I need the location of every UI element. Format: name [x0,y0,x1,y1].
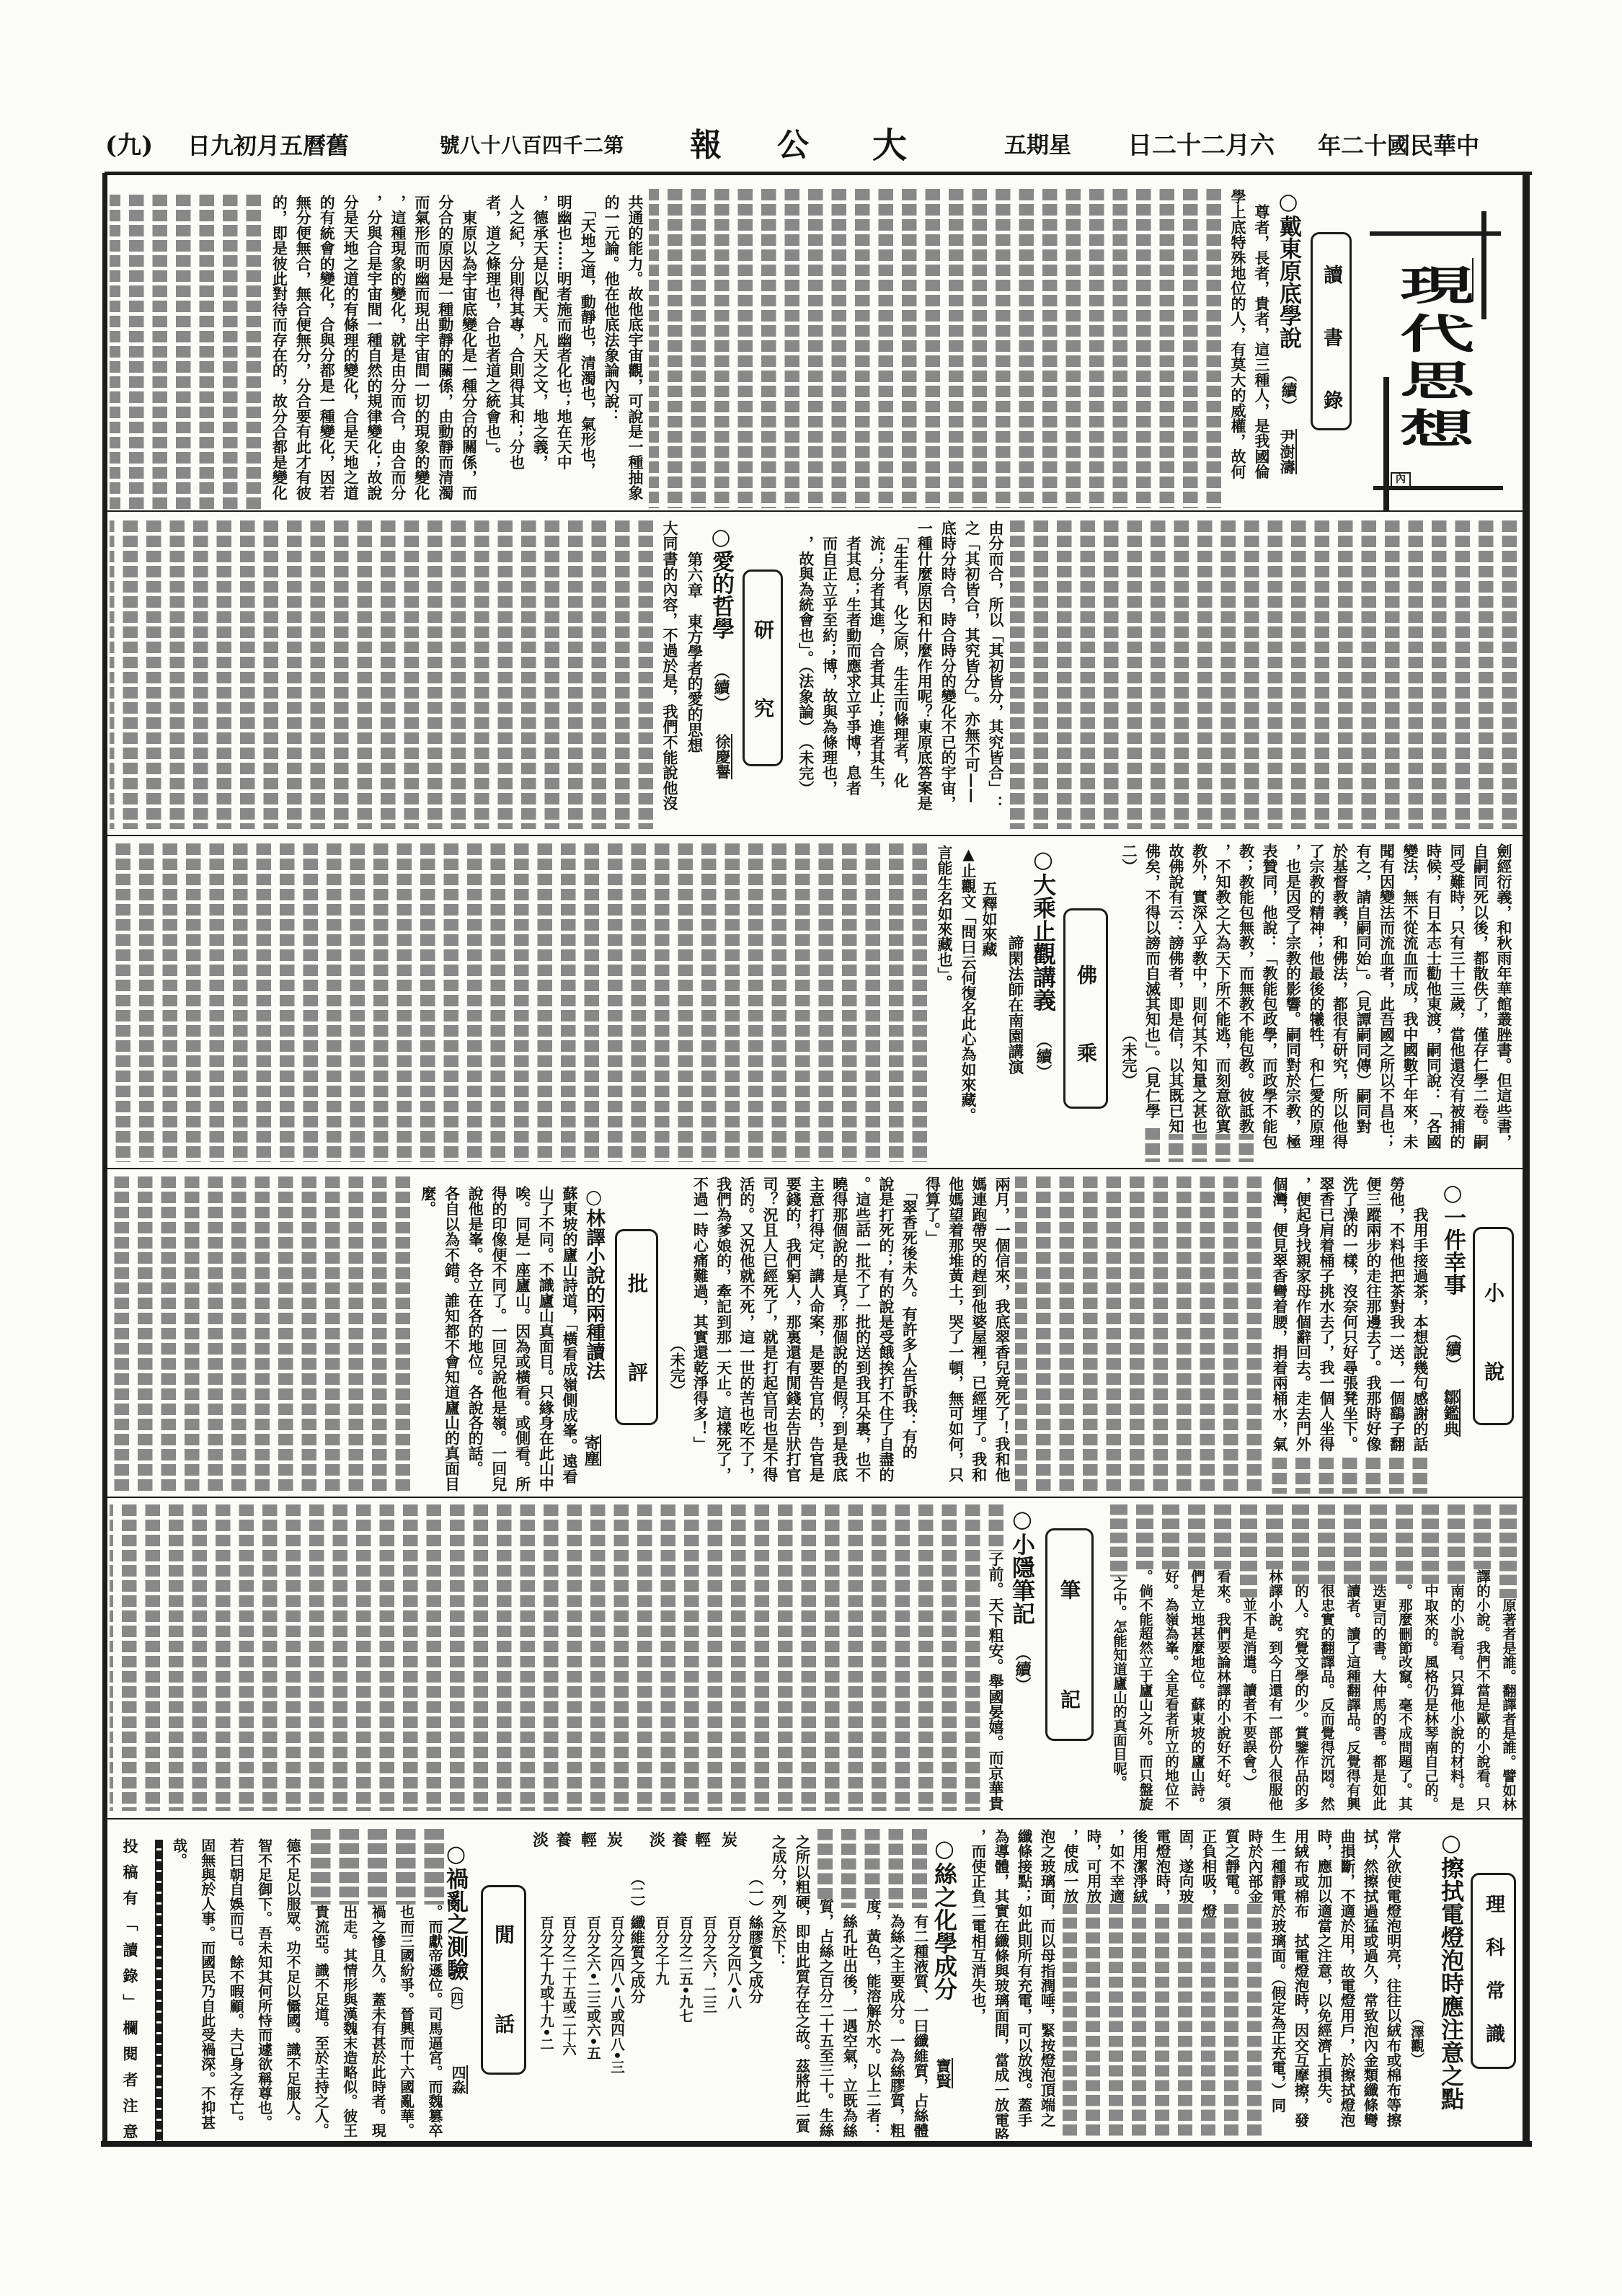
chapter-subtitle: 第六章 東方學者的愛的思想 [685,551,702,753]
article-author: 四淼 [449,2065,468,2094]
text-column: 曉得那個說的是真？那個說的是假？到是我底 [828,1176,851,1482]
illegible-text-region [110,1504,1008,1811]
text-column: 度，黃色，能溶解於水。以上二者： [861,1899,885,2137]
weekday: 星期五 [1003,127,1071,164]
text-column: 各自以為不錯。誰知都不會知道廬山的真面目 [440,1186,464,1491]
article-author: 尹澍濤 [1278,429,1297,474]
text-column: 很忠實的翻譯品。反而覺得沉悶。然 [1313,1584,1339,1811]
article-text: 兩月，一個信來，我底翠香兒竟死了！我和他媽連跑帶哭的趕到他婆屋裡，已經埋了。我和… [665,1176,1014,1494]
article-text: 常人欲使電燈泡明亮，往往以絨布或棉布等擦拭，然擦拭過猛或過久，常致泡內金類纖條彎… [966,1829,1404,2139]
supplement-title-char: 代 [1362,314,1512,355]
text-column: 劍經衍義，和秋雨年華館叢脞書。但這些書， [1492,843,1516,1149]
element-header-nitrogen: 淡 [533,1831,549,1850]
row-divider [105,835,1525,836]
table-value: 百分之四八•八 [725,1915,741,2008]
article-text: 之所以粗硬，即由此質存在之故。茲將此二質之成分，列之於下： [766,1835,813,2137]
issue-number: 第二千四百八十八號 [439,127,624,164]
text-column: 哉。 [164,1838,192,1867]
text-column: 質，占絲之百分二十五至三十。生絲 [813,1899,837,2137]
text-column: 者，道之條理也，合也者道之統會也」。 [481,195,505,462]
text-column: 纖條接點；如此則所有充電，可以放洩。蓋手 [1012,1829,1035,2127]
text-column: 有二種液質、一曰纖維質，占絲體 [908,1914,931,2138]
text-column: 得算了。」 [921,1176,944,1246]
text-column: ，使成一放 [1058,1829,1081,1904]
table-value: 百分之四八•八或四八•三 [608,1915,624,2074]
text-column: 曲損斷，不適於用，故電燈用戶，於擦拭燈泡 [1335,1829,1358,2127]
text-column: ，而使正負二電相互消失也， [966,1829,989,2023]
text-column: 也而三國紛爭。晉興而十六國亂華。 [391,1905,420,2137]
supplement-title-char: 思 [1362,360,1512,402]
continued-mark: （續） [1280,366,1297,414]
article-text: 子前。天下粗安。舉國晏嬉。而京華貴 [984,1504,1008,1811]
text-column: 出走。其情形與漢魏末造略似。彼王 [334,1905,363,2137]
text-column: 。而獻帝遜位。司馬逼宮。而魏篡卒 [420,1905,448,2137]
text-column: 而自正立乎至約；博，故與為條理也， [817,520,841,796]
table-value: 百分之十九或十九•二 [538,1915,554,2051]
text-column: 東原以為宇宙底變化是一種分合的關係，而 [457,195,481,500]
text-column: 同受難時，只有三十三歲，當他還沒有被捕的 [1445,843,1469,1149]
text-column: 我用手接過茶，本想說幾句感謝的話 [1409,1176,1432,1452]
table-value: 百分之六，二三 [701,1915,717,2014]
text-column: 時，應加以適當之注意，以免經濟上損失。 [1312,1829,1335,2112]
text-column: 固無與於人事。而國民乃自此受禍深。不抑甚 [192,1838,221,2129]
text-column: ，德承天是以配天。凡天之文，地之義， [528,195,551,470]
text-column: 他媽望着那堆黃土，哭了一頓，無可如何，只 [944,1176,967,1482]
article-title: ○戴東原底學說 [1275,189,1301,349]
text-column: 言能生名如來藏也」。 [933,845,957,990]
text-column: 分合的原因是一種動靜的關係，由動靜而清濁 [433,195,457,500]
text-column: 子前。天下粗安。舉國晏嬉。而京華貴 [984,1551,1008,1811]
text-column: 有之，請自嗣同始」。（見譚嗣同傳）嗣同對 [1352,843,1375,1134]
text-column: 我們為爹娘的，牽記到那一天止。這樣死了， [712,1176,735,1482]
article-title: ○絲之化學成分 [931,1835,957,2000]
article-author: 寄塵 [582,1435,601,1466]
element-header-nitrogen: 淡 [650,1831,665,1850]
article-title: ○擦拭電燈泡時應注意之點 [1438,1829,1464,2110]
text-column: 便三蹤兩步的走往那邊去了。我那時好像 [1362,1176,1386,1452]
section-label-criticism: 批評 [615,1229,658,1425]
text-column: 並不是消遣。讀者不要誤會。） [1236,1597,1262,1811]
article-text: 大同書的內容，不過於是，我們不能說他沒 [658,520,682,829]
newspaper-page: (九) 舊曆五月初九日 第二千四百八十八號 報 公 大 星期五 六月二十二日 中… [0,0,1622,2296]
text-column: 流；分者其進，合者其止；進者其生， [865,520,889,796]
text-column: 常人欲使電燈泡明亮，往往以絨布或棉布等擦 [1381,1829,1404,2127]
row-divider [105,510,1525,512]
text-column: 的，即是彼此對待而存在的，故分合都是變化 [267,195,291,500]
text-column: 分是天地之道的有條理的變化，合是天地之道 [338,195,362,500]
text-column: 得的印像便不同了。一回兒說他是嶺。一回兒 [487,1186,510,1491]
table-value: 百分之二五•九七 [677,1915,693,2023]
text-column: 佛矣，不得以謗而自滅其知也」。（見仁學 [1140,843,1164,1119]
text-column: 翠香已肩着桶子挑水去了，我一個人坐得 [1315,1176,1339,1452]
text-column: 後用潔淨絨 [1127,1829,1151,1904]
text-column: 教外，實深入乎教中，則何其不知量之甚也 [1187,843,1211,1134]
text-column: 表贊同，他說：「教能包政學，而政學不能包 [1258,843,1282,1149]
illegible-text-region [649,189,1226,508]
text-column: 無分便無合，無合便無分，分合要有此才有彼 [291,195,314,500]
text-column: 洗了澡的一樣，沒奈何只好尋張凳坐下。 [1338,1176,1362,1452]
paper-name-char-3: 報 [688,127,723,164]
text-column: 貴流亞。識不足道。至於主持之人。 [306,1905,334,2137]
text-column: 了宗教的精神；他最後的犧牲，和仁愛的原理 [1305,843,1329,1149]
text-column: ▲止觀文「問曰云何復名此心為如來藏。 [957,845,980,1123]
article-text: 尊者，長者，貴者，這三種人，是我國倫學上底特殊地位的人，有莫大的威權，故何 [1226,189,1274,508]
text-column: 中取來的。風格仍是林琴南自己的。 [1417,1584,1443,1811]
paper-name-char-1: 大 [871,127,908,164]
text-column: 質之靜電。 [1220,1829,1243,1904]
continued-mark: （續） [1034,1032,1052,1080]
text-column: 之所以粗硬，即由此質存在之故。茲將此二質 [789,1835,813,2133]
table-label: （二）纖維質之成分 [629,1871,644,2004]
text-column: 山了不同。不識廬山真面目。只緣身在此山中 [534,1186,558,1491]
text-column: ，分與合是宇宙間一種自然的規律變化；故說 [362,195,386,500]
table-label: （一）絲膠質之成分 [747,1871,763,2004]
text-column: 唉。同是一座廬山。因為或橫看。或側看。所 [510,1186,534,1491]
text-column: 德不足以服眾。功不足以懾國。識不足服人。 [278,1838,306,2129]
text-column: 共通的能力。故他底宇宙觀，可說是一種抽象 [623,195,647,500]
text-column: ，故與為統會也」。（法象論） （未完） [794,520,817,796]
article-author: （澤觀） [1408,2011,1425,2066]
text-column: 司？況且人已經死了，就是打起官司也是不得 [758,1176,781,1482]
text-column: 為導體，其實在纖條與玻璃面間，當成一放電路 [989,1829,1012,2139]
article-title: ○林譯小說的兩種讀法 [580,1186,606,1380]
text-column: 聞有因變法而流血者，此吾國之所以不昌也； [1375,843,1399,1149]
text-column: 勞他，不料他把茶對我一送，一個鷂子翻 [1385,1176,1409,1452]
text-column: 「生生者，化之原，生生而條理者，化 [888,520,912,788]
text-column: 底時分時合，時合時分的變化不已的宇宙， [936,520,960,811]
text-column: 生一種靜電於玻璃面。（假定為正充電，）同 [1266,1829,1289,2113]
text-column: 們是立地甚麼地位。蘇東坡的廬山詩。 [1184,1569,1210,1811]
editorial-notice: 投稿有「讀錄」欄閱者注意 [121,1838,138,2150]
continued-mark: （續） [1014,1645,1031,1693]
decorative-column-rule [155,1840,163,2141]
text-column: 為絲之主要成分。一為絲膠質，粗 [884,1914,908,2138]
text-column: 於基督教義，和佛法，都很有研究，所以他得 [1328,843,1352,1149]
text-column: 絲孔吐出後，一遇空氣，立既為絲 [837,1914,861,2138]
text-column: 一種什麼原因和什麼作用呢？東原底答案是 [912,520,936,811]
article-author: 鄒鑑典 [1442,1389,1461,1437]
section-label-notes: 筆記 [1045,1528,1094,1741]
paper-name-char-2: 公 [775,127,811,164]
section-label-fiction: 小說 [1473,1227,1514,1425]
text-column: 用絨布或棉布 拭電燈泡時，因交互摩擦，發 [1289,1829,1312,2127]
text-column: 電燈泡時， [1151,1829,1174,1904]
continued-mark: （續） [1444,1325,1461,1373]
text-column: 之中。怎能知道廬山的真面目呢。 [1106,1577,1132,1811]
text-column: 媽連跑帶哭的趕到他婆屋裡，已經埋了。我和 [967,1176,991,1482]
republic-year: 中華民國十二年 [1318,127,1479,164]
text-column: 智不足御下。吾未知其何所恃而遽欲稱尊也。 [249,1838,278,2129]
article-title: ○愛的哲學 [708,524,734,639]
lecture-subheading: 五釋如來藏 [980,881,998,957]
left-border [102,173,107,2147]
supplement-title-char: 現 [1362,265,1512,307]
text-column: 正負相吸，燈 [1197,1829,1220,1918]
article-text: 蘇東坡的廬山詩道，「橫看成嶺側成峯。遠看山了不同。不識廬山真面目。只緣身在此山中… [416,1186,581,1494]
text-column: 之「其初皆合，其究皆分」。亦無不可—— [960,520,983,803]
article-author: 徐慶譽 [714,734,732,779]
text-column: 麼。 [416,1186,440,1216]
text-column: 者其息；生者動而應求立乎爭博，息者 [841,520,865,796]
text-column: 時於內部金 [1243,1829,1266,1904]
continued-mark: （續） [712,663,730,711]
article-author: 寶賢 [934,2058,953,2088]
text-column: 。這些話一批不了一批的送到我耳朵裏，也不 [851,1176,874,1482]
text-column: 教；教能包無教，而無教不能包教。彼詆教 [1234,843,1258,1134]
element-header-carbon: 炭 [607,1831,623,1850]
text-column: 的一元論。他在他底法象論內說： [599,195,623,424]
section-label-buddhism: 佛乘 [1063,908,1108,1109]
article-title: ○大乘止觀講義 [1030,846,1056,1011]
text-column: ，也是因受了宗教的影響。嗣同對於宗教，極 [1281,843,1305,1149]
element-header-hydrogen: 輕 [695,1831,711,1850]
table-value: 百分之十九 [653,1915,669,1986]
article-text: 由分而合，所以「其初皆分，其究皆合」：之「其初皆合，其究皆分」。亦無不可——底時… [794,520,1007,829]
text-column: 好。為嶺為峯。全是看者所立的地位不 [1158,1569,1184,1811]
text-column: 二） （未完） [1117,843,1141,1088]
text-column: 明幽也……明者施而幽者化也；地在天中 [551,195,575,470]
article-text: 劍經衍義，和秋雨年華館叢脞書。但這些書，自嗣同死以後，都散佚了，僅存仁學二卷。嗣… [1117,843,1515,1162]
text-column: 學上底特殊地位的人，有莫大的威權，故何 [1226,189,1250,479]
element-header-oxygen: 養 [672,1831,688,1850]
row-divider [105,1497,1525,1498]
text-column: 林譯小說。到今日還有一部份人很服他 [1262,1569,1288,1811]
text-column: 「天地之道，動靜也，清濁也，氣形也， [575,195,599,477]
text-column: 的有統會的變化，合與分都是一種變化，因若 [314,195,338,500]
text-column: 若曰朝自娛而已。餘不暇顧。夫己身之存亡。 [221,1838,249,2129]
header-rule [105,172,1532,175]
article-title: ○小隱筆記 [1009,1505,1035,1625]
row-divider [105,1168,1525,1169]
text-column: ，便起身找親家母作個辭回去。走去門外 [1291,1176,1315,1452]
month-day: 六月二十二日 [1123,127,1275,164]
installment-mark: （四） [447,1979,464,2018]
lecture-byline: 諦閑法師在南園講演 [1006,935,1023,1075]
illegible-text-region [110,843,931,1162]
section-label-science: 理科常識 [1471,1873,1516,2069]
article-text: 德不足以服眾。功不足以懾國。識不足服人。智不足御下。吾未知其何所恃而遽欲稱尊也。… [164,1838,306,2137]
row-divider [105,1818,1525,1819]
text-column: 譯的小說。我們不當是歐的小說看。只 [1469,1569,1495,1811]
text-column: 泡之玻璃面，而以母指潤唾，緊按燈泡頂端之 [1035,1829,1058,2127]
text-column: 兩月，一個信來，我底翠香兒竟死了！我和他 [991,1176,1014,1482]
article-text: 原著者是誰。翻譯者是誰。譬如林譯的小說。我們不當是歐的小說看。只南的小說看。只算… [1106,1504,1521,1811]
text-column: 原著者是誰。翻譯者是誰。譬如林 [1495,1598,1521,1812]
text-column: 活的。又況他就不死，這一世的苦也吃不了， [735,1176,758,1482]
section-label-research: 研究 [743,569,783,766]
illegible-text-region [110,1176,415,1494]
text-column: 尊者，長者，貴者，這三種人，是我國倫 [1250,189,1274,479]
text-column: 大同書的內容，不過於是，我們不能說他沒 [658,520,682,811]
lunar-date: 舊曆五月初九日 [185,127,349,164]
text-column: （未完） [665,1176,688,1399]
section-label-reading-notes: 讀書錄 [1311,232,1352,430]
text-column: 南的小說看。只算他小說的材料。是 [1443,1584,1469,1811]
text-column: 蘇東坡的廬山詩道，「橫看成嶺側成峯。遠看 [557,1186,581,1484]
article-title: ○一件幸事 [1440,1180,1466,1295]
text-column: 故佛說有云：謗佛者，即是信，以其既已知 [1164,843,1188,1134]
text-column: 禍之慘且久。蓋未有甚於此時者。現 [363,1905,391,2137]
text-column: 主意打得定，講人命案，是要告官的，告官是 [805,1176,828,1482]
text-column: 說是打死的；有的說是受餓挨打不住了自盡的 [874,1176,898,1482]
text-column: 。那麼刪節改竄。毫不成問題了。其 [1391,1584,1417,1811]
text-column: 時，可用放 [1081,1829,1104,1904]
element-header-oxygen: 養 [556,1831,572,1850]
text-column: ，這種現象的變化，就是由分而合，由合而分 [386,195,409,500]
text-column: 。倘不能超然立于廬山之外。而只盤旋 [1132,1569,1158,1811]
article-text: 我用手接過茶，本想說幾句感謝的話勞他，不料他把茶對我一送，一個鷂子翻便三蹤兩步的… [1267,1176,1432,1494]
text-column: 由分而合，所以「其初皆分，其究皆合」： [983,520,1007,811]
text-column: 說他是峯。各立在各的地位。各說各的話。 [463,1186,487,1476]
table-value: 百分之六•二三或六•五 [585,1915,601,2060]
text-column: 迭更司的書。大仲馬的書。都是如此 [1365,1584,1391,1811]
text-column: 個灣，便見翠香彎着腰，捐着兩桶水，氣 [1268,1176,1292,1452]
text-column: 的人。究覺文學的少。賞鑒作品的多 [1288,1584,1313,1811]
text-column: 自嗣同死以後，都散佚了，僅存仁學二卷。嗣 [1468,843,1492,1149]
text-column: 人之紀，分則得其專，合則得其和；分也 [505,195,528,470]
illegible-text-region [110,520,657,829]
element-header-carbon: 炭 [722,1831,737,1850]
text-column: ，如不幸適 [1104,1829,1127,1904]
text-column: 固，遂向玻 [1174,1829,1197,1904]
supplement-title-char: 想 [1362,409,1512,451]
footer-rule [101,2141,1532,2147]
illegible-text-region [1009,520,1521,829]
seal-mark: 內 [1391,472,1411,487]
element-header-hydrogen: 輕 [581,1831,597,1850]
page-number: (九) [105,127,156,164]
table-value: 百分之二十五或二十六 [560,1915,576,2056]
article-text: ▲止觀文「問曰云何復名此心為如來藏。言能生名如來藏也」。 [933,845,980,1162]
right-border [1523,172,1530,2147]
text-column: 變法，無不從流血而成，我中國數千年來，未 [1399,843,1422,1149]
article-text: 共通的能力。故他底宇宙觀，可說是一種抽象的一元論。他在他底法象論內說： 「天地之… [267,195,647,510]
text-column: ，不知教之大為天下所不能逃，而刻意欲寘 [1211,843,1235,1134]
text-column: 讀者。讀了這種翻譯品。反覺得有興 [1339,1584,1365,1811]
text-column: 不過一時心痛難過，其實還乾淨得多！」 [688,1176,712,1452]
text-column: 而氣形而明幽而現出宇宙間一切的現象的變化 [409,195,433,500]
text-column: 「翠香死後未久。有許多人告訴我：有的 [898,1176,921,1459]
text-column: 拭，然擦拭過猛或過久，常致泡內金類纖條彎 [1358,1829,1381,2127]
text-column: 時候，有日本志士勸他東渡，嗣同說：「各國 [1422,843,1445,1149]
illegible-text-region [1015,1176,1266,1494]
section-label-chat: 閒話 [481,1885,526,2075]
text-column: 要錢的，我們窮人，那裏還有閒錢去告狀打官 [781,1176,805,1482]
text-column: 看來。我們要論林譯的小說好不好。須 [1210,1569,1236,1811]
article-text: 有二種液質、一曰纖維質，占絲體為絲之主要成分。一為絲膠質，粗度，黃色，能溶解於水… [813,1829,931,2137]
text-column: 之成分，列之於下： [766,1835,789,1969]
illegible-text-region [110,195,265,510]
article-text: 。而獻帝遜位。司馬逼宮。而魏篡卒也而三國紛爭。晉興而十六國亂華。禍之慘且久。蓋未… [306,1829,448,2137]
